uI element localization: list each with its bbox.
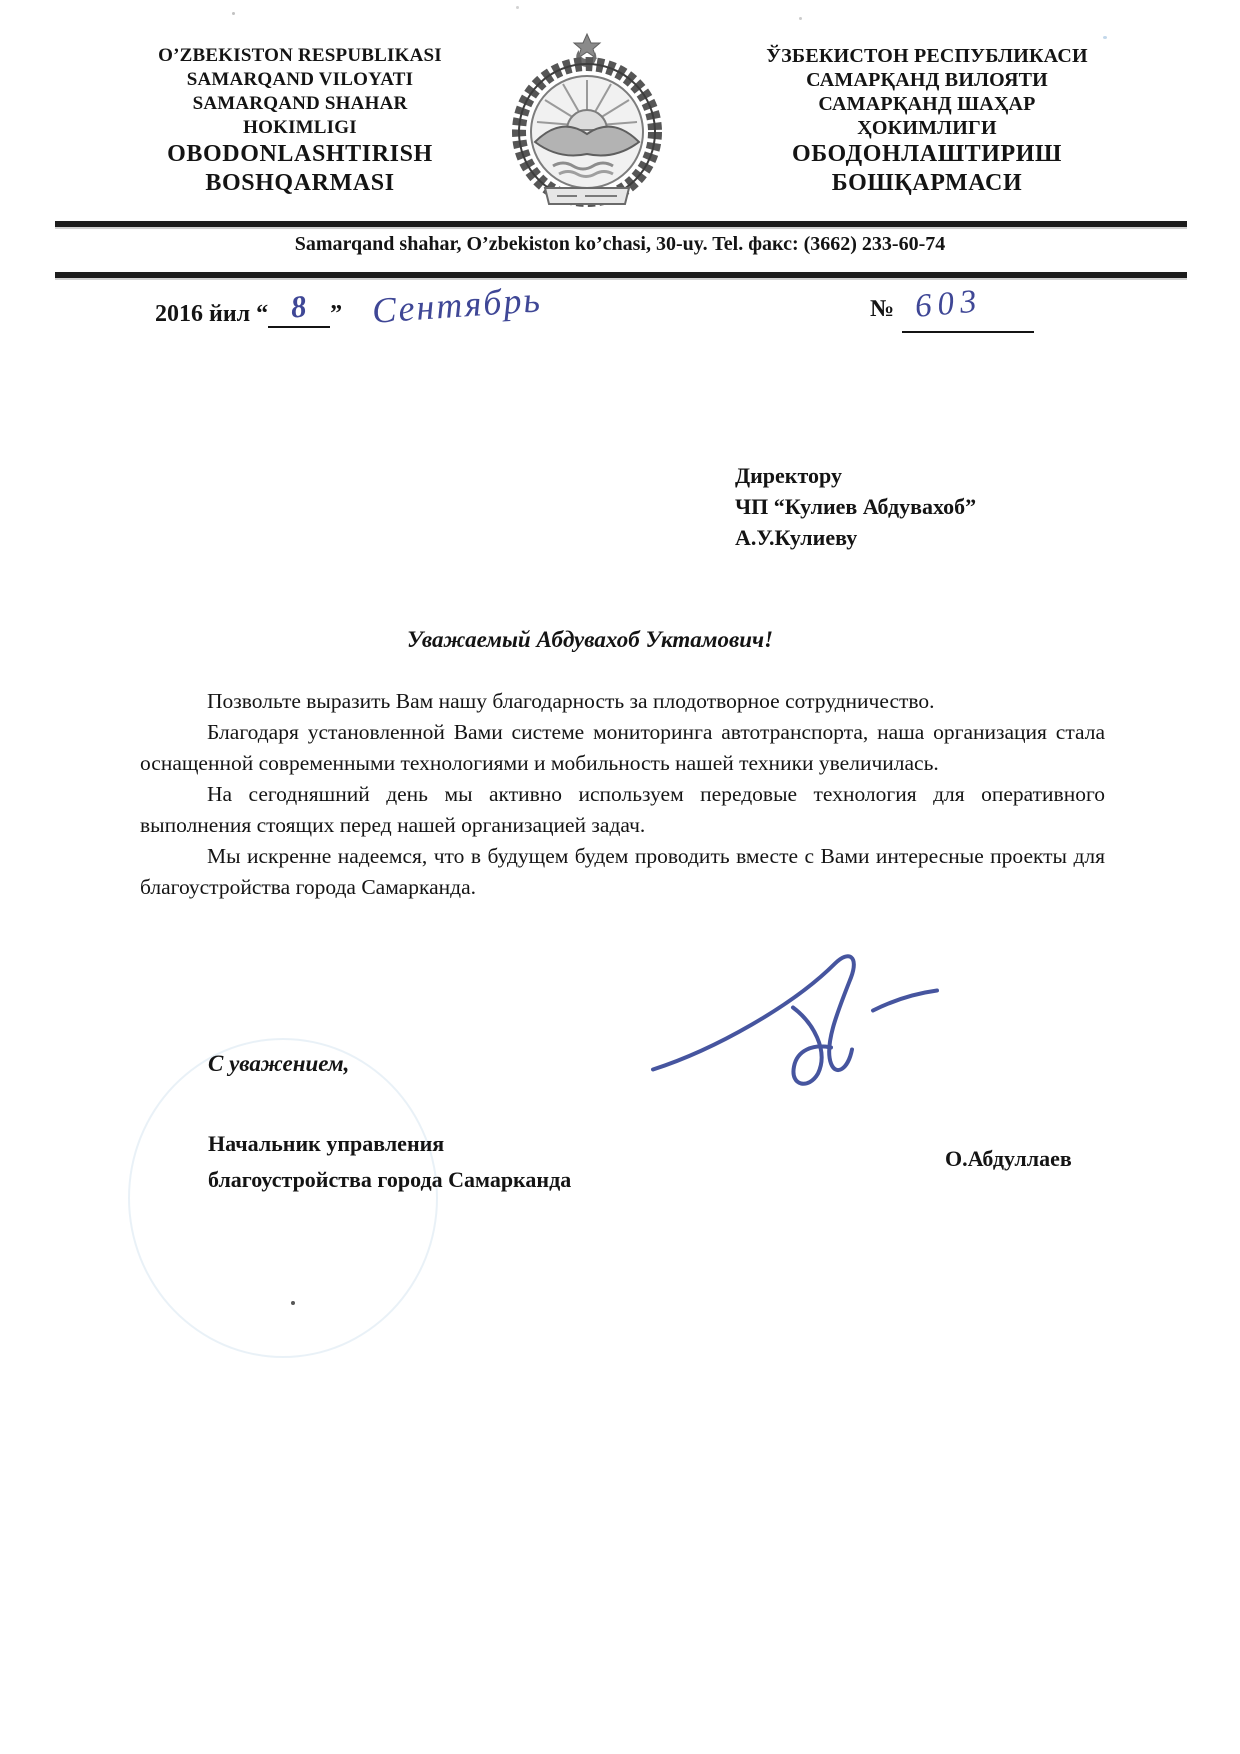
body-paragraph: Благодаря установленной Вами системе мон…: [140, 717, 1105, 779]
letter-body: Позвольте выразить Вам нашу благодарност…: [140, 686, 1105, 903]
scan-speck: [232, 12, 235, 15]
closing-title-line: Начальник управления: [208, 1126, 571, 1162]
body-paragraph: На сегодняшний день мы активно используе…: [140, 779, 1105, 841]
handwritten-number: 603: [914, 283, 984, 326]
address-line: Samarqand shahar, O’zbekiston ko’chasi, …: [0, 233, 1240, 256]
recipient-line: Директору: [735, 460, 976, 491]
faint-stamp-circle: [128, 1038, 438, 1358]
scanned-letter-page: O’ZBEKISTON RESPUBLIKASI SAMARQAND VILOY…: [0, 0, 1240, 1754]
header-right-line: ЎЗБЕКИСТОН РЕСПУБЛИКАСИ: [712, 44, 1142, 68]
signature-ink-icon: [645, 945, 945, 1110]
coat-of-arms-icon: [505, 30, 669, 214]
date-day-blank: 8: [268, 296, 330, 328]
header-left-block: O’ZBEKISTON RESPUBLIKASI SAMARQAND VILOY…: [110, 44, 490, 198]
header-left-line: BOSHQARMASI: [110, 169, 490, 198]
horizontal-rule-bottom: [55, 272, 1187, 278]
header-left-line: OBODONLASHTIRISH: [110, 140, 490, 169]
header-right-line: САМАРҚАНД ШАҲАР: [712, 92, 1142, 116]
recipient-block: Директору ЧП “Кулиев Абдувахоб” А.У.Кули…: [735, 460, 976, 553]
date-line: 2016 йил “8”: [155, 296, 342, 328]
recipient-line: А.У.Кулиеву: [735, 522, 976, 553]
header-left-line: SAMARQAND SHAHAR: [110, 92, 490, 116]
header-right-line: ОБОДОНЛАШТИРИШ: [712, 140, 1142, 169]
closing-title-line: благоустройства города Самарканда: [208, 1162, 571, 1198]
header-left-line: O’ZBEKISTON RESPUBLIKASI: [110, 44, 490, 68]
salutation: Уважаемый Абдувахоб Уктамович!: [0, 627, 1180, 653]
handwritten-day: 8: [290, 293, 308, 320]
handwritten-month: Сентябрь: [371, 278, 543, 332]
closing-title-block: Начальник управления благоустройства гор…: [208, 1126, 571, 1198]
header-right-line: ҲОКИМЛИГИ: [712, 116, 1142, 140]
body-paragraph: Мы искренне надеемся, что в будущем буде…: [140, 841, 1105, 903]
scan-speck: [799, 17, 802, 20]
header-left-line: HOKIMLIGI: [110, 116, 490, 140]
body-paragraph: Позвольте выразить Вам нашу благодарност…: [140, 686, 1105, 717]
header-right-block: ЎЗБЕКИСТОН РЕСПУБЛИКАСИ САМАРҚАНД ВИЛОЯТ…: [712, 44, 1142, 198]
recipient-line: ЧП “Кулиев Абдувахоб”: [735, 491, 976, 522]
date-close-quote: ”: [330, 301, 342, 327]
scan-speck: [291, 1301, 295, 1305]
scan-speck: [516, 6, 519, 9]
closing-regards: С уважением,: [208, 1051, 349, 1077]
header-right-line: САМАРҚАНД ВИЛОЯТИ: [712, 68, 1142, 92]
scan-speck: [1103, 36, 1107, 39]
horizontal-rule-top: [55, 221, 1187, 227]
number-blank-line: [902, 331, 1034, 333]
header-right-line: БОШҚАРМАСИ: [712, 169, 1142, 198]
signer-name: О.Абдуллаев: [945, 1146, 1072, 1172]
header-left-line: SAMARQAND VILOYATI: [110, 68, 490, 92]
date-prefix: 2016 йил “: [155, 301, 268, 327]
number-label: №: [870, 296, 894, 323]
